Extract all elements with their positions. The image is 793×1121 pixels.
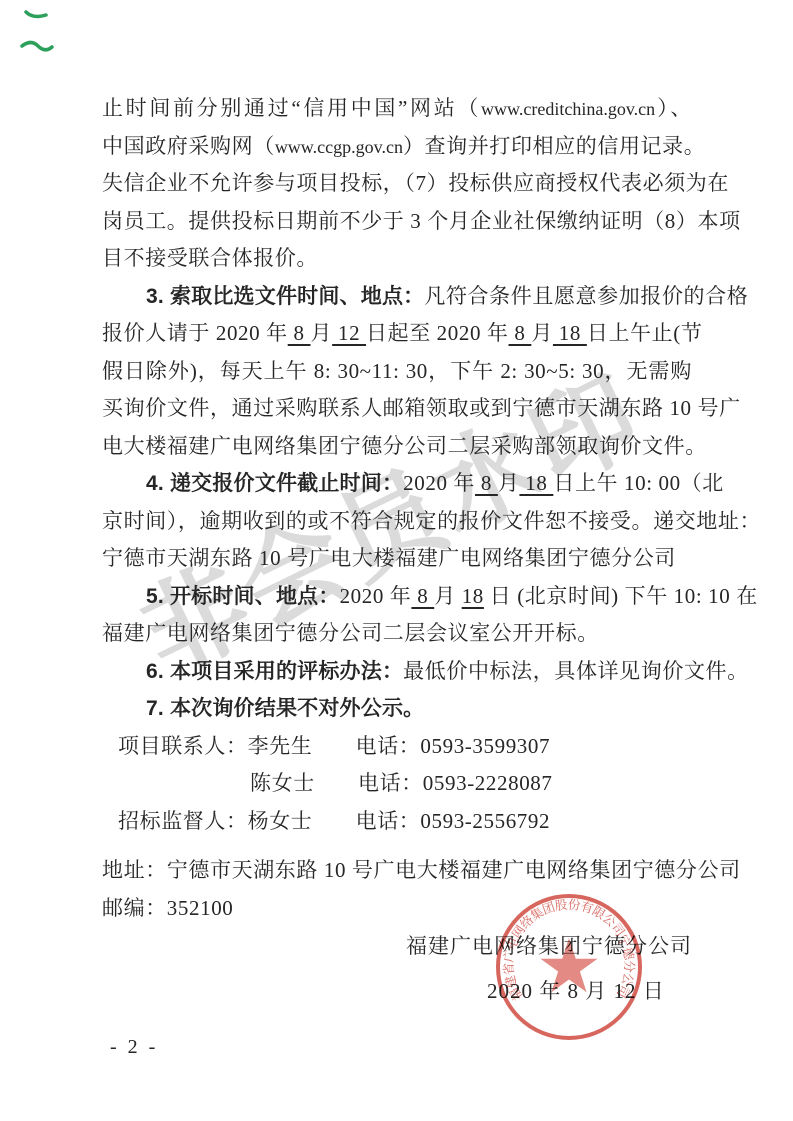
star-icon <box>541 938 598 992</box>
section6-line: 6. 本项目采用的评标办法：最低价中标法，具体详见询价文件。 <box>102 653 692 691</box>
contact-line-chen: 陈女士 电话：0593-2228087 <box>102 765 692 803</box>
section3-line-2: 报价人请于 2020 年 8 月 12 日起至 2020 年 8 月 18 日上… <box>102 315 692 353</box>
section4-line-2: 京时间），逾期收到的或不符合规定的报价文件恕不接受。递交地址： <box>102 503 692 541</box>
section3-line-4: 买询价文件，通过采购联系人邮箱领取或到宁德市天湖东路 10 号广 <box>102 390 692 428</box>
intro-line-4: 岗员工。提供投标日期前不少于 3 个月企业社保缴纳证明（8）本项 <box>102 203 692 241</box>
intro-line-2: 中国政府采购网（www.ccgp.gov.cn）查询并打印相应的信用记录。 <box>102 128 692 166</box>
section3-heading-line: 3. 索取比选文件时间、地点：凡符合条件且愿意参加报价的合格 <box>102 278 692 316</box>
section7-line: 7. 本次询价结果不对外公示。 <box>102 690 692 728</box>
scanned-document-page: { "watermark": { "text": "非会员水印", "color… <box>0 0 793 1121</box>
section5-heading-line: 5. 开标时间、地点：2020 年 8 月 18 日 (北京时间) 下午 10:… <box>102 578 692 616</box>
section3-line-5: 电大楼福建广电网络集团宁德分公司二层采购部领取询价文件。 <box>102 428 692 466</box>
address-line: 地址：宁德市天湖东路 10 号广电大楼福建广电网络集团宁德分公司 <box>102 852 692 890</box>
section4-line-3: 宁德市天湖东路 10 号广电大楼福建广电网络集团宁德分公司 <box>102 540 692 578</box>
document-body: 止时间前分别通过“信用中国”网站（www.creditchina.gov.cn）… <box>102 90 692 927</box>
contact-line-yang: 招标监督人：杨女士 电话：0593-2556792 <box>102 803 692 841</box>
company-seal: 福建省广电网络集团股份有限公司宁德分公司 <box>490 888 648 1046</box>
intro-line-5: 目不接受联合体报价。 <box>102 240 692 278</box>
green-annotation-marks-icon <box>12 2 64 68</box>
page-number: - 2 - <box>110 1036 158 1059</box>
contact-line-li: 项目联系人：李先生 电话：0593-3599307 <box>102 728 692 766</box>
intro-line-3: 失信企业不允许参与项目投标，（7）投标供应商授权代表必须为在 <box>102 165 692 203</box>
section5-line-2: 福建广电网络集团宁德分公司二层会议室公开开标。 <box>102 615 692 653</box>
section3-line-3: 假日除外)，每天上午 8: 30~11: 30，下午 2: 30~5: 30，无… <box>102 353 692 391</box>
intro-line-1: 止时间前分别通过“信用中国”网站（www.creditchina.gov.cn）… <box>102 90 692 128</box>
section4-heading-line: 4. 递交报价文件截止时间：2020 年 8 月 18 日上午 10: 00（北 <box>102 465 692 503</box>
